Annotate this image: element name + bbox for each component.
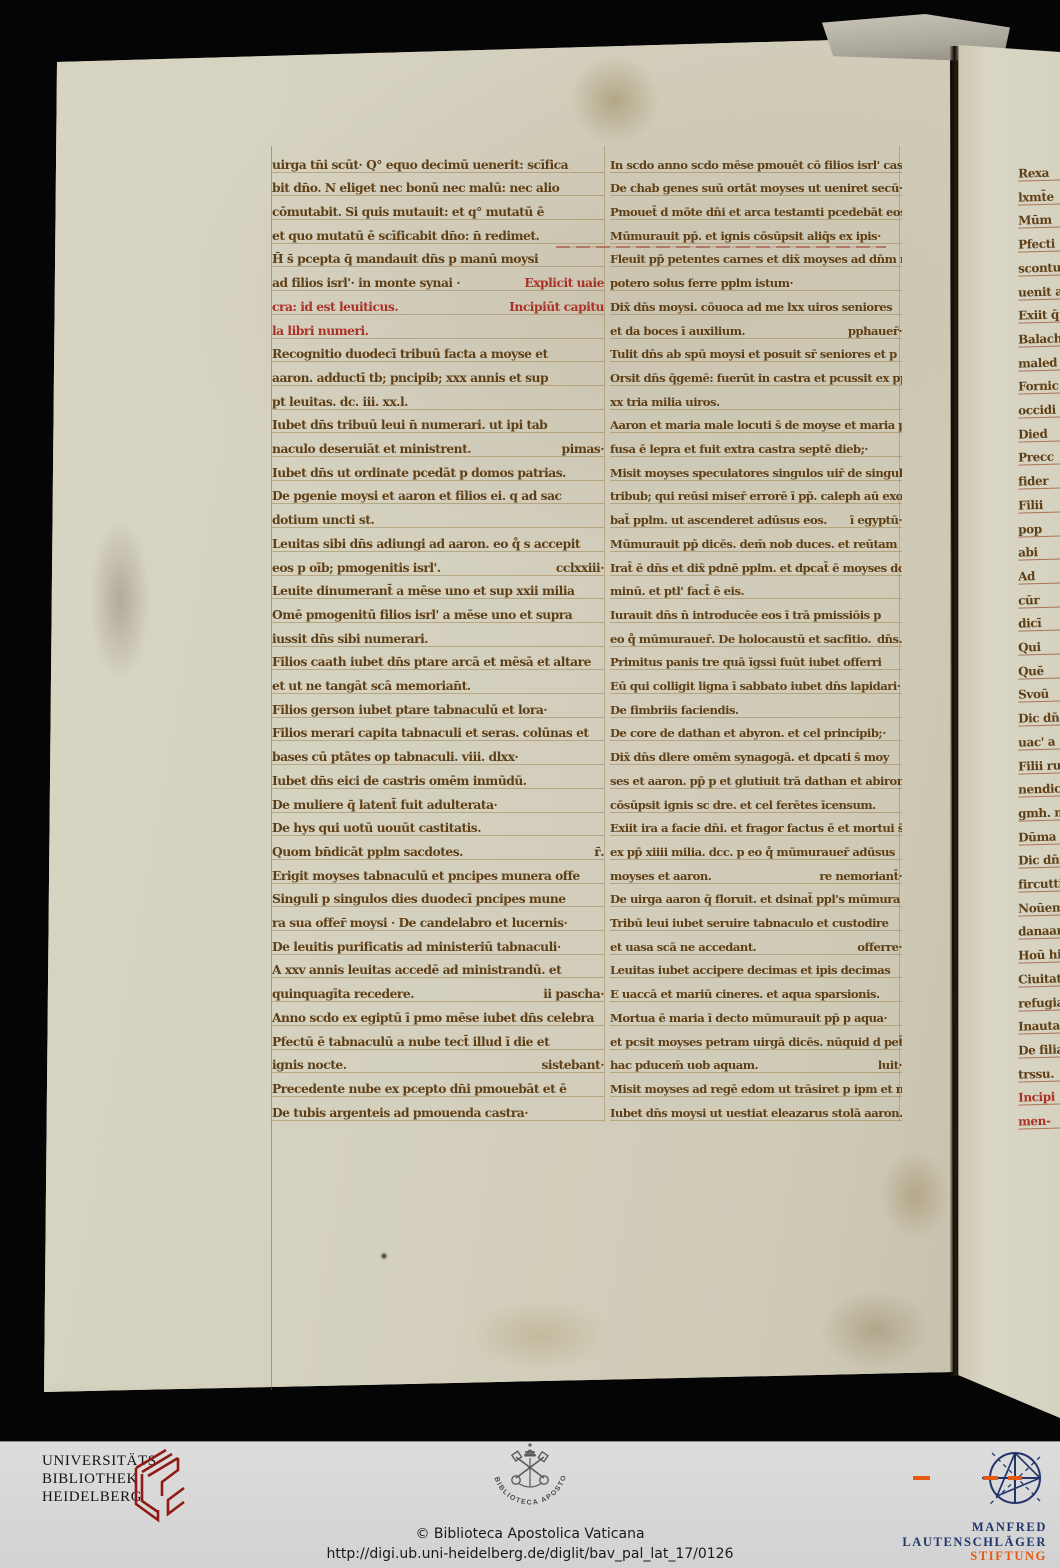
manuscript-text-line: Primitus panis tre quā īgssi fuūt iubet … [610, 646, 902, 671]
manuscript-text-line: potero solus ferre pplm istum· [610, 267, 902, 292]
vertical-ruling [604, 146, 605, 1122]
mls-label: MANFRED LAUTENSCHLÄGER STIFTUNG [902, 1520, 1047, 1564]
manuscript-text-line: Tulit dn̄s ab spū moysi et posuit sr̄ se… [610, 338, 902, 363]
manuscript-text-line: bit dn̄o. N eliget nec bonū nec malū: ne… [272, 172, 604, 197]
manuscript-text-line: Orsit dn̄s q̄gemē: fuerūt in castra et p… [610, 361, 902, 386]
mls-line3: STIFTUNG [902, 1549, 1047, 1564]
manuscript-text-line: et da boces ī auxilium.pphauer̄· [610, 314, 902, 339]
manuscript-text-line: Dix̄ dn̄s dlere omēm synagogā. et dpcati… [610, 741, 902, 766]
vatican-library-emblem-icon: BIBLIOTECA APOSTOLICA VATICANA [485, 1442, 575, 1530]
manuscript-text-line: Filios merari capita tabnaculi et seras.… [272, 717, 604, 742]
manuscript-text-line: De uirga aaron q̄ floruit. et dsinat̄ pp… [610, 883, 902, 908]
manuscript-text-line: De pgenie moysi et aaron et filios ei. q… [272, 480, 604, 505]
manuscript-text-line: Leuite dinumerant̄ a mēse uno et sup xxi… [272, 575, 604, 600]
manuscript-text-line: In scdo anno scdo mēse pmouēt cō filios … [610, 148, 902, 173]
manuscript-text-line: Irat̄ ē dn̄s et dix̄ pdnē pplm. et dpcat… [610, 551, 902, 576]
manuscript-text-line: bases cū ptātes op tabnaculi. viii. dlxx… [272, 741, 604, 766]
manuscript-text-line: Filios caath iubet dn̄s ptare arcā et mē… [272, 646, 604, 671]
manuscript-text-line: Qui [1018, 629, 1060, 655]
manuscript-text-line: Exiit q̄ [1018, 298, 1060, 324]
manuscript-text-line: Erigit moyses tabnaculū et pncipes muner… [272, 859, 604, 884]
manuscript-text-line: Noūem [1018, 890, 1060, 916]
manuscript-text-line: uirga tn̄i scūt· Q° equo decimū uenerit:… [272, 148, 604, 173]
manuscript-text-line: danaam [1018, 914, 1060, 940]
manuscript-text-line: et uasa scā ne accedant.offerre· [610, 930, 902, 955]
manuscript-text-line: Pfectū ē tabnaculū a nube tect̄ illud ī … [272, 1025, 604, 1050]
manuscript-text-line: uenit a [1018, 274, 1060, 300]
manuscript-text-line: Filii [1018, 487, 1060, 513]
mls-orange-dash [913, 1476, 930, 1480]
manuscript-text-line: Ciuitat [1018, 961, 1060, 987]
manuscript-text-line: abi [1018, 535, 1060, 561]
manuscript-text-line: De fimbriis faciendis. [610, 693, 902, 718]
manuscript-text-line: Omē pmogenitū filios isrl' a mēse uno et… [272, 598, 604, 623]
manuscript-text-line: occidi [1018, 392, 1060, 418]
manuscript-photo: uirga tn̄i scūt· Q° equo decimū uenerit:… [0, 0, 1060, 1441]
manuscript-text-line: Aaron et maria male locuti s̄ de moyse e… [610, 409, 902, 434]
manuscript-text-line: Quē [1018, 653, 1060, 679]
manuscript-text-line: Svoū [1018, 677, 1060, 703]
manuscript-text-line: ex pp̄ xiiii milia. dcc. p eo q̊ mūmurau… [610, 835, 902, 860]
manuscript-text-line: Quom bn̄dicāt pplm sacdotes.r̄. [272, 835, 604, 860]
right-text-column: In scdo anno scdo mēse pmouēt cō filios … [610, 148, 902, 1124]
manuscript-text-line: ra sua offer̄ moysi · De candelabro et l… [272, 906, 604, 931]
manuscript-text-line: Iubet dn̄s moysi ut uestiat eleazarus st… [610, 1096, 902, 1121]
manuscript-text-line: De chab genes suū ortāt moyses ut uenire… [610, 172, 902, 197]
manuscript-text-line: Hoū hi [1018, 937, 1060, 963]
manuscript-text-line: quinquagīta recedere.ii pascha· [272, 978, 604, 1003]
manuscript-text-line: Pfecti [1018, 226, 1060, 252]
manuscript-text-line: Dic dn̄ [1018, 700, 1060, 726]
manuscript-text-line: Rexa [1018, 155, 1060, 181]
manuscript-text-line: De filiab [1018, 1032, 1060, 1058]
manuscript-text-line: E uaccā et mariū cineres. et aqua sparsi… [610, 978, 902, 1003]
manuscript-text-line: Leuitas iubet accipere decimas et ipis d… [610, 954, 902, 979]
manuscript-text-line: H̄ s̄ pcepta q̄ mandauit dn̄s p manū moy… [272, 243, 604, 268]
manuscript-text-line: De core de dathan et abyron. et cel prin… [610, 717, 902, 742]
manuscript-text-line: fircutti [1018, 866, 1060, 892]
manuscript-text-line: Mortua ē maria ī decto mūmurauit pp̄ p a… [610, 1001, 902, 1026]
manuscript-text-line: la libri numeri. [272, 314, 604, 339]
manuscript-text-line: fusa ē lepra et fuit extra castra septē … [610, 432, 902, 457]
manuscript-text-line: Fornic [1018, 369, 1060, 395]
manuscript-text-line: cōmutabit. Si quis mutauit: et q° mutatū… [272, 195, 604, 220]
manuscript-text-line: Fleuit pp̄ petentes carnes et dix̄ moyse… [610, 243, 902, 268]
manuscript-text-line: moyses et aaron.re nemoriant̄· [610, 859, 902, 884]
manuscript-text-line: Balach [1018, 321, 1060, 347]
manuscript-text-line: Dix̄ dn̄s moysi. cōuoca ad me lxx uiros … [610, 290, 902, 315]
manuscript-text-line: Incipi [1018, 1080, 1060, 1106]
manuscript-text-line: Tribū leui iubet seruire tabnaculo et cu… [610, 906, 902, 931]
manuscript-text-line: cōsūpsit ignis sc dre. et cel ferētes īc… [610, 788, 902, 813]
manuscript-text-line: Exiit ira a facie dn̄i. et fragor factus… [610, 812, 902, 837]
manuscript-text-line: ses et aaron. pp̄ p et glutiuit trā dath… [610, 764, 902, 789]
manuscript-text-line: iussit dn̄s sibi numerari. [272, 622, 604, 647]
manuscript-text-line: Recognitio duodecī tribuū facta a moyse … [272, 338, 604, 363]
manuscript-text-line: Singuli p singulos dies duodecī pncipes … [272, 883, 604, 908]
manuscript-text-line: Filios gerson iubet ptare tabnaculū et l… [272, 693, 604, 718]
manuscript-text-line: Mūmurauit pp̄ dicēs. dem̄ nob duces. et … [610, 527, 902, 552]
manuscript-text-line: cūr [1018, 582, 1060, 608]
manuscript-text-line: eo q̊ mūmurauer̄. De holocaustū et sacfi… [610, 622, 902, 647]
manuscript-text-line: eos p oīb; pmogenitis isrl'.cclxxiii· [272, 551, 604, 576]
manuscript-text-line: et pcsit moyses petram uirgā dicēs. nūqu… [610, 1025, 902, 1050]
manuscript-text-line: Pmouet̄ d mōte dn̄i et arca testamti pce… [610, 195, 902, 220]
manuscript-text-line: Filii ru [1018, 748, 1060, 774]
manuscript-text-line: Misit moyses speculatores singulos uir̄ … [610, 456, 902, 481]
manuscript-text-line: Dūma [1018, 819, 1060, 845]
manuscript-text-line: De leuitis purificatis ad ministeriū tab… [272, 930, 604, 955]
manuscript-text-line: ignis nocte.sistebant· [272, 1049, 604, 1074]
manuscript-text-line: fider [1018, 463, 1060, 489]
manuscript-text-line: De tubis argenteis ad pmouenda castra· [272, 1096, 604, 1121]
recto-margin-text-column: Rexalxmt̄eMūmPfectiscontuuenit aExiit q̄… [1018, 156, 1060, 1132]
manuscript-text-line: pt leuitas. dc. iii. xx.l. [272, 385, 604, 410]
footer-bar: UNIVERSITÄTS- BIBLIOTHEK HEIDELBERG [0, 1441, 1060, 1568]
manuscript-text-line: hac pducem̄ uob aquam.luit· [610, 1049, 902, 1074]
manuscript-text-line: Iubet dn̄s tribuū leui n̄ numerari. ut i… [272, 409, 604, 434]
manuscript-text-line: nendic [1018, 772, 1060, 798]
manuscript-text-line: xx tria milia uiros. [610, 385, 902, 410]
mls-line1: MANFRED [902, 1520, 1047, 1535]
manuscript-text-line: et quo mutatū ē scīficabit dn̄o: n̄ redi… [272, 219, 604, 244]
manuscript-text-line: Precedente nube ex pcepto dn̄i pmouebāt … [272, 1072, 604, 1097]
book-gutter [950, 46, 959, 1376]
manuscript-text-line: Died [1018, 416, 1060, 442]
manuscript-text-line: Misit moyses ad regē edom ut trāsiret p … [610, 1072, 902, 1097]
manuscript-text-line: De hys qui uotū uouūt castitatis. [272, 812, 604, 837]
manuscript-text-line: uac' a [1018, 724, 1060, 750]
manuscript-text-line: refugiam [1018, 985, 1060, 1011]
copyright-line: © Biblioteca Apostolica Vaticana [330, 1526, 730, 1542]
manuscript-text-line: Leuitas sibi dn̄s adiungi ad aaron. eo q… [272, 527, 604, 552]
manuscript-text-line: dicī [1018, 606, 1060, 632]
mls-line2: LAUTENSCHLÄGER [902, 1535, 1047, 1550]
manuscript-text-line: aaron. adductī tb; pncipib; xxx annis et… [272, 361, 604, 386]
manuscript-text-line: Dic dn̄t [1018, 843, 1060, 869]
manuscript-text-line: Mūm [1018, 203, 1060, 229]
manuscript-text-line: lxmt̄e [1018, 179, 1060, 205]
manuscript-text-line: Ad [1018, 558, 1060, 584]
manuscript-text-line: gmh. m [1018, 795, 1060, 821]
manuscript-text-line: Iurauit dn̄s n̄ introducēe eos ī trā pmi… [610, 598, 902, 623]
manuscript-text-line: maled [1018, 345, 1060, 371]
manuscript-text-line: et ut ne tangāt scā memorian̄t. [272, 669, 604, 694]
left-text-column: uirga tn̄i scūt· Q° equo decimū uenerit:… [272, 148, 604, 1124]
manuscript-text-line: scontu [1018, 250, 1060, 276]
manuscript-text-line: Precc [1018, 440, 1060, 466]
manuscript-text-line: cra: id est leuiticus.Incipiūt capitu [272, 290, 604, 315]
manuscript-text-line: naculo deseruiāt et ministrent.pimas· [272, 432, 604, 457]
manuscript-text-line: Mūmurauit pp̄. et ignis cōsūpsit aliq̄s … [610, 219, 902, 244]
manuscript-text-line: De muliere q̄ latent̄ fuit adulterata· [272, 788, 604, 813]
manuscript-text-line: pop [1018, 511, 1060, 537]
manuscript-text-line: Iubet dn̄s ut ordinate pcedāt p domos pa… [272, 456, 604, 481]
manuscript-text-line: Eū qui colligit ligna ī sabbato iubet dn… [610, 669, 902, 694]
manuscript-text-line: minū. et ptl' fact̄ ē eis. [610, 575, 902, 600]
source-url-line: http://digi.ub.uni-heidelberg.de/diglit/… [230, 1546, 830, 1562]
manuscript-text-line: Iubet dn̄s eici de castris omēm inmūdū. [272, 764, 604, 789]
ub-heidelberg-book-logo-icon [128, 1444, 192, 1530]
scan-viewer-page: uirga tn̄i scūt· Q° equo decimū uenerit:… [0, 0, 1060, 1568]
manuscript-text-line: men- [1018, 1103, 1060, 1129]
manuscript-text-line: Inautat [1018, 1009, 1060, 1035]
manuscript-text-line: dotium uncti st. [272, 504, 604, 529]
manuscript-text-line: ad filios isrl'· in monte synai · Explic… [272, 267, 604, 292]
manuscript-text-line: tribub; qui reūsi miser̄ errorē ī pp̄. c… [610, 480, 902, 505]
manuscript-text-line: bat̄ pplm. ut ascenderet adūsus eos.ī eg… [610, 504, 902, 529]
manuscript-text-line: A xxv annis leuitas accedē ad ministrand… [272, 954, 604, 979]
manuscript-text-line: trssu. [1018, 1056, 1060, 1082]
mls-globe-logo-icon [952, 1444, 1060, 1520]
manuscript-text-line: Anno scdo ex egiptū ī pmo mēse iubet dn̄… [272, 1001, 604, 1026]
